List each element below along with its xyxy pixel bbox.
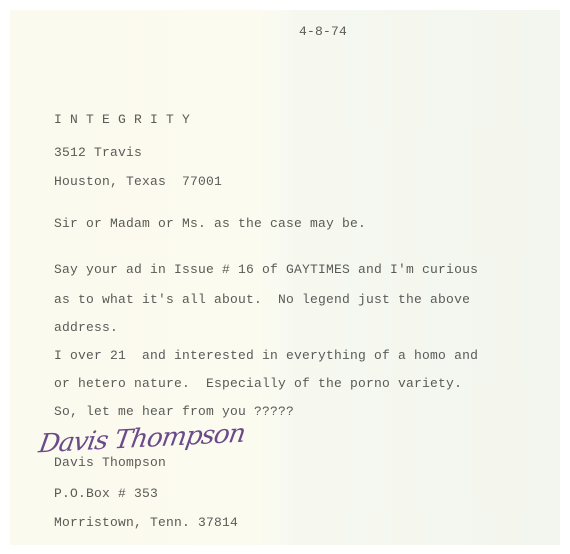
recipient-name: I N T E G R I T Y [54, 112, 190, 127]
sender-name: Davis Thompson [54, 455, 166, 470]
body-line: address. [54, 320, 118, 335]
recipient-city: Houston, Texas 77001 [54, 174, 222, 189]
body-line: I over 21 and interested in everything o… [54, 348, 478, 363]
letter-date: 4-8-74 [299, 24, 347, 39]
salutation: Sir or Madam or Ms. as the case may be. [54, 216, 366, 231]
recipient-street: 3512 Travis [54, 145, 142, 160]
body-line: as to what it's all about. No legend jus… [54, 292, 470, 307]
body-line: Say your ad in Issue # 16 of GAYTIMES an… [54, 262, 478, 277]
sender-city: Morristown, Tenn. 37814 [54, 515, 238, 530]
sender-po-box: P.O.Box # 353 [54, 486, 158, 501]
body-line: So, let me hear from you ????? [54, 404, 294, 419]
body-line: or hetero nature. Especially of the porn… [54, 376, 462, 391]
